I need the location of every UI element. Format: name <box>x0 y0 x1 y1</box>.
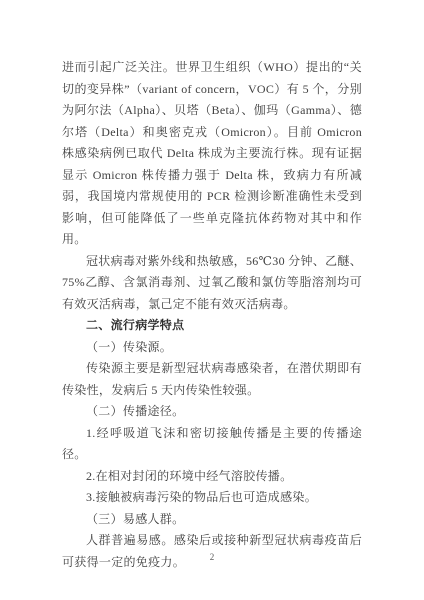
document-page: 进而引起广泛关注。世界卫生组织（WHO）提出的“关切的变异株”（variant … <box>0 0 424 600</box>
body-paragraph: 冠状病毒对紫外线和热敏感，56℃30 分钟、乙醚、75%乙醇、含氯消毒剂、过氧乙… <box>62 251 362 316</box>
body-paragraph-continuation: 进而引起广泛关注。世界卫生组织（WHO）提出的“关切的变异株”（variant … <box>62 57 362 251</box>
body-paragraph-list-item: 3.接触被病毒污染的物品后也可造成感染。 <box>62 487 362 509</box>
body-paragraph-list-item: 2.在相对封闭的环境中经气溶胶传播。 <box>62 466 362 488</box>
subsection-heading-transmission: （二）传播途径。 <box>62 401 362 423</box>
subsection-heading-source: （一）传染源。 <box>62 337 362 359</box>
section-heading: 二、流行病学特点 <box>62 315 362 337</box>
page-number: 2 <box>0 551 424 563</box>
page-content: 进而引起广泛关注。世界卫生组织（WHO）提出的“关切的变异株”（variant … <box>62 57 362 573</box>
subsection-heading-susceptible: （三）易感人群。 <box>62 509 362 531</box>
body-paragraph-list-item: 1.经呼吸道飞沫和密切接触传播是主要的传播途径。 <box>62 423 362 466</box>
body-paragraph: 传染源主要是新型冠状病毒感染者，在潜伏期即有传染性，发病后 5 天内传染性较强。 <box>62 358 362 401</box>
